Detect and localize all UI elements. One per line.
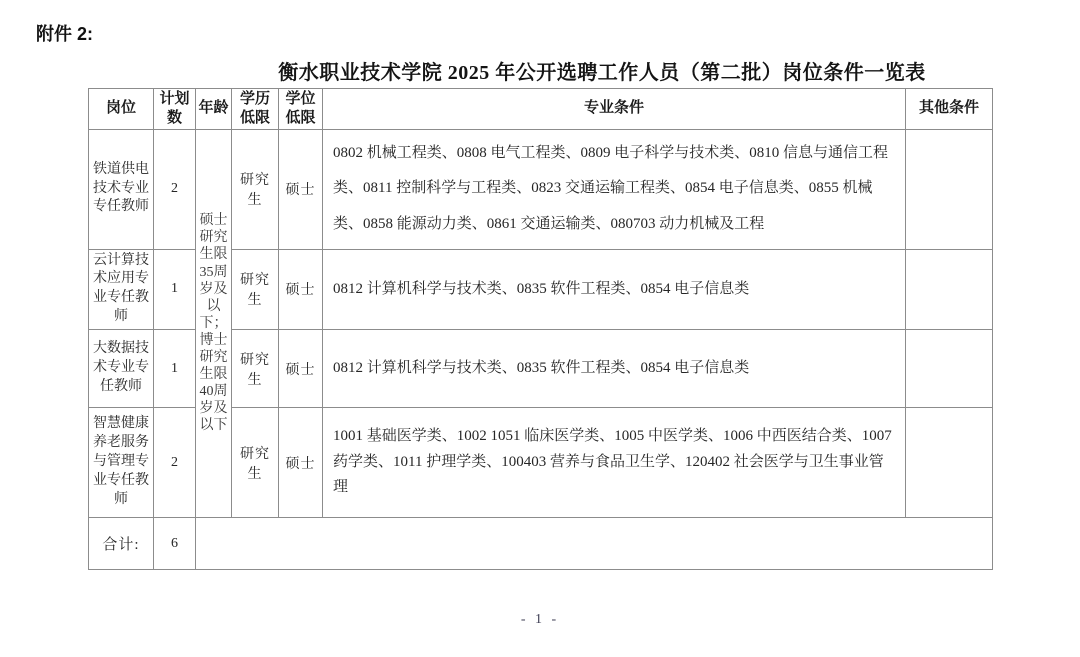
header-major-requirements: 专业条件 [323, 89, 906, 130]
planned-count: 2 [154, 408, 196, 518]
education-min: 研究生 [232, 249, 279, 330]
position-name: 云计算技术应用专业专任教师 [89, 249, 154, 330]
document-page: 附件 2: 衡水职业技术学院 2025 年公开选聘工作人员（第二批）岗位条件一览… [0, 0, 1080, 657]
position-name: 大数据技术专业专任教师 [89, 330, 154, 408]
header-other-requirements: 其他条件 [906, 89, 993, 130]
position-name: 铁道供电技术专业专任教师 [89, 129, 154, 249]
degree-min: 硕士 [279, 408, 323, 518]
attachment-label: 附件 2: [36, 20, 93, 46]
planned-count: 1 [154, 249, 196, 330]
table-row: 铁道供电技术专业专任教师 2 硕士研究生限35周岁及以下；博士研究生限40周岁及… [89, 129, 993, 249]
education-min: 研究生 [232, 129, 279, 249]
positions-table: 岗位 计划数 年龄 学历低限 学位低限 专业条件 其他条件 铁道供电技术专业专任… [88, 88, 993, 570]
total-row: 合计: 6 [89, 518, 993, 570]
major-requirements: 0802 机械工程类、0808 电气工程类、0809 电子科学与技术类、0810… [323, 129, 906, 249]
header-age: 年龄 [196, 89, 232, 130]
degree-min: 硕士 [279, 129, 323, 249]
degree-min: 硕士 [279, 249, 323, 330]
other-requirements [906, 408, 993, 518]
table-header-row: 岗位 计划数 年龄 学历低限 学位低限 专业条件 其他条件 [89, 89, 993, 130]
total-empty-cell [196, 518, 993, 570]
position-name: 智慧健康养老服务与管理专业专任教师 [89, 408, 154, 518]
planned-count: 1 [154, 330, 196, 408]
other-requirements [906, 330, 993, 408]
major-requirements: 1001 基础医学类、1002 1051 临床医学类、1005 中医学类、100… [323, 408, 906, 518]
document-title: 衡水职业技术学院 2025 年公开选聘工作人员（第二批）岗位条件一览表 [150, 56, 1054, 85]
total-label: 合计: [89, 518, 154, 570]
major-requirements: 0812 计算机科学与技术类、0835 软件工程类、0854 电子信息类 [323, 249, 906, 330]
page-number: - 1 - [0, 612, 1080, 628]
header-planned-count: 计划数 [154, 89, 196, 130]
planned-count: 2 [154, 129, 196, 249]
header-degree-min: 学位低限 [279, 89, 323, 130]
degree-min: 硕士 [279, 330, 323, 408]
education-min: 研究生 [232, 408, 279, 518]
other-requirements [906, 129, 993, 249]
age-requirement-cell: 硕士研究生限35周岁及以下；博士研究生限40周岁及以下 [196, 129, 232, 518]
major-requirements: 0812 计算机科学与技术类、0835 软件工程类、0854 电子信息类 [323, 330, 906, 408]
header-education-min: 学历低限 [232, 89, 279, 130]
header-position: 岗位 [89, 89, 154, 130]
other-requirements [906, 249, 993, 330]
education-min: 研究生 [232, 330, 279, 408]
total-value: 6 [154, 518, 196, 570]
